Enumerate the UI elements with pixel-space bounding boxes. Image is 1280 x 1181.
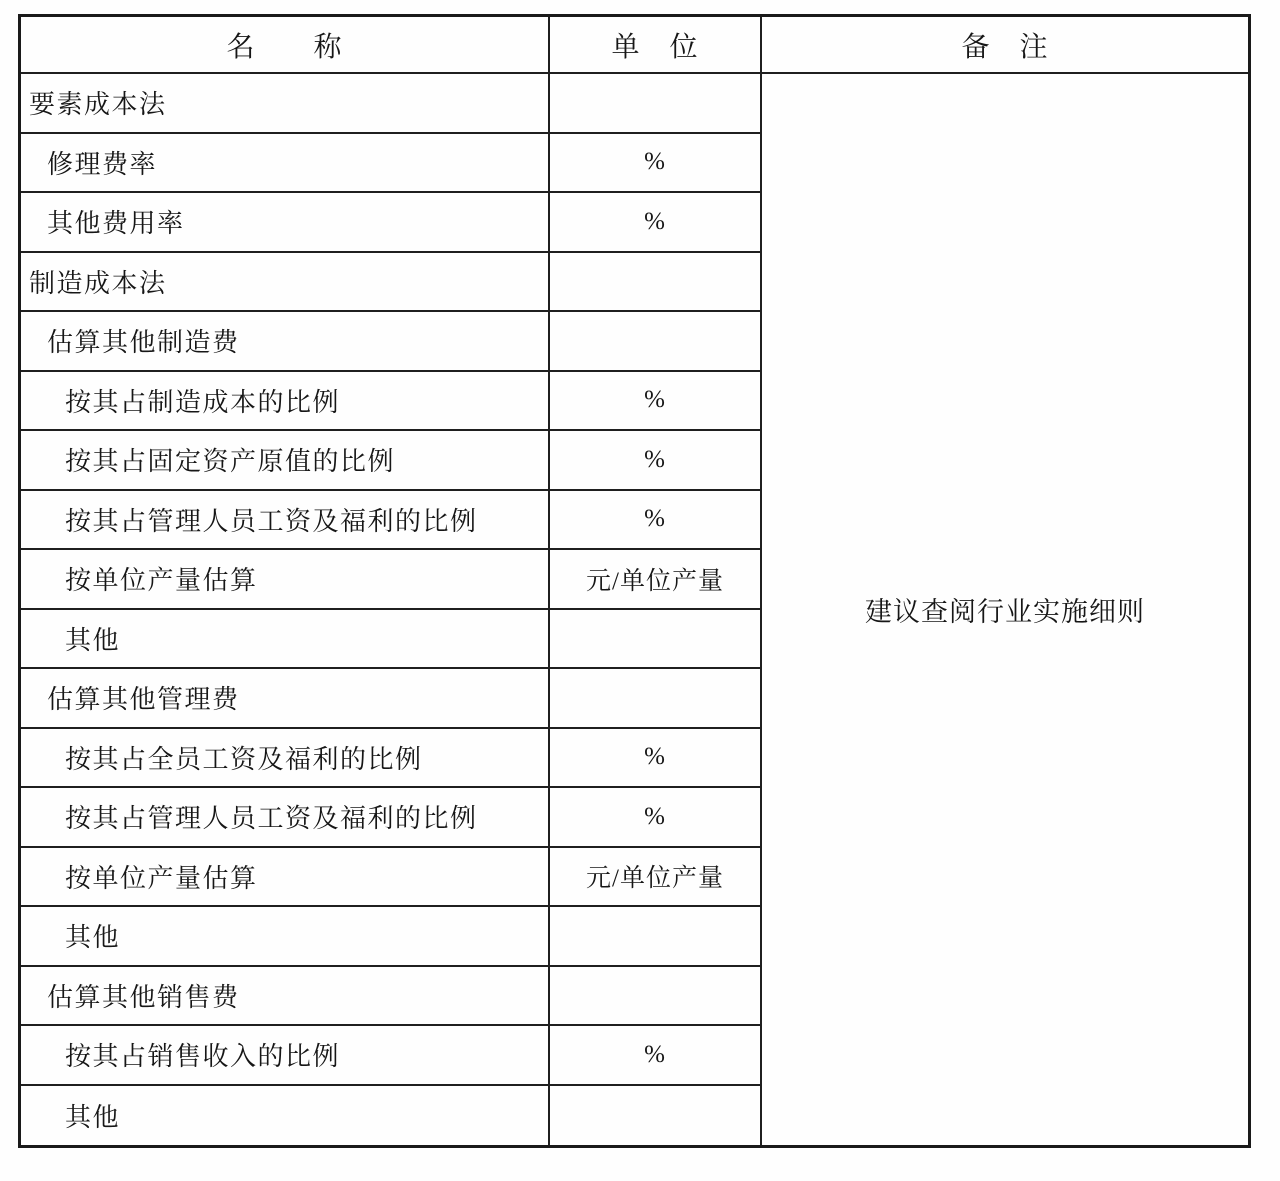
unit-cell xyxy=(550,669,762,729)
unit-cell xyxy=(550,967,762,1027)
name-cell: 按其占管理人员工资及福利的比例 xyxy=(21,788,550,848)
unit-cell: % xyxy=(550,788,762,848)
remark-cell: 建议查阅行业实施细则 xyxy=(762,74,1248,1145)
name-cell: 按其占全员工资及福利的比例 xyxy=(21,729,550,789)
name-cell: 按其占销售收入的比例 xyxy=(21,1026,550,1086)
header-unit: 单 位 xyxy=(550,17,762,74)
name-cell: 按单位产量估算 xyxy=(21,550,550,610)
header-name: 名 称 xyxy=(21,17,550,74)
estimation-parameters-table: 名 称 单 位 备 注 建议查阅行业实施细则 要素成本法 修理费率 % 其他费用… xyxy=(18,14,1251,1148)
name-cell: 按单位产量估算 xyxy=(21,848,550,908)
unit-cell xyxy=(550,74,762,134)
unit-cell xyxy=(550,253,762,313)
unit-cell xyxy=(550,1086,762,1146)
unit-cell: % xyxy=(550,1026,762,1086)
name-cell: 制造成本法 xyxy=(21,253,550,313)
name-cell: 其他 xyxy=(21,907,550,967)
unit-cell xyxy=(550,312,762,372)
name-cell: 估算其他管理费 xyxy=(21,669,550,729)
header-remark: 备 注 xyxy=(762,17,1248,74)
name-cell: 估算其他销售费 xyxy=(21,967,550,1027)
unit-cell: % xyxy=(550,193,762,253)
unit-cell: % xyxy=(550,729,762,789)
name-cell: 其他费用率 xyxy=(21,193,550,253)
unit-cell xyxy=(550,610,762,670)
name-cell: 其他 xyxy=(21,1086,550,1146)
unit-cell: % xyxy=(550,491,762,551)
name-cell: 要素成本法 xyxy=(21,74,550,134)
name-cell: 修理费率 xyxy=(21,134,550,194)
unit-cell: 元/单位产量 xyxy=(550,848,762,908)
unit-cell: 元/单位产量 xyxy=(550,550,762,610)
unit-cell xyxy=(550,907,762,967)
unit-cell: % xyxy=(550,134,762,194)
name-cell: 其他 xyxy=(21,610,550,670)
name-cell: 按其占管理人员工资及福利的比例 xyxy=(21,491,550,551)
name-cell: 估算其他制造费 xyxy=(21,312,550,372)
unit-cell: % xyxy=(550,372,762,432)
name-cell: 按其占制造成本的比例 xyxy=(21,372,550,432)
name-cell: 按其占固定资产原值的比例 xyxy=(21,431,550,491)
unit-cell: % xyxy=(550,431,762,491)
